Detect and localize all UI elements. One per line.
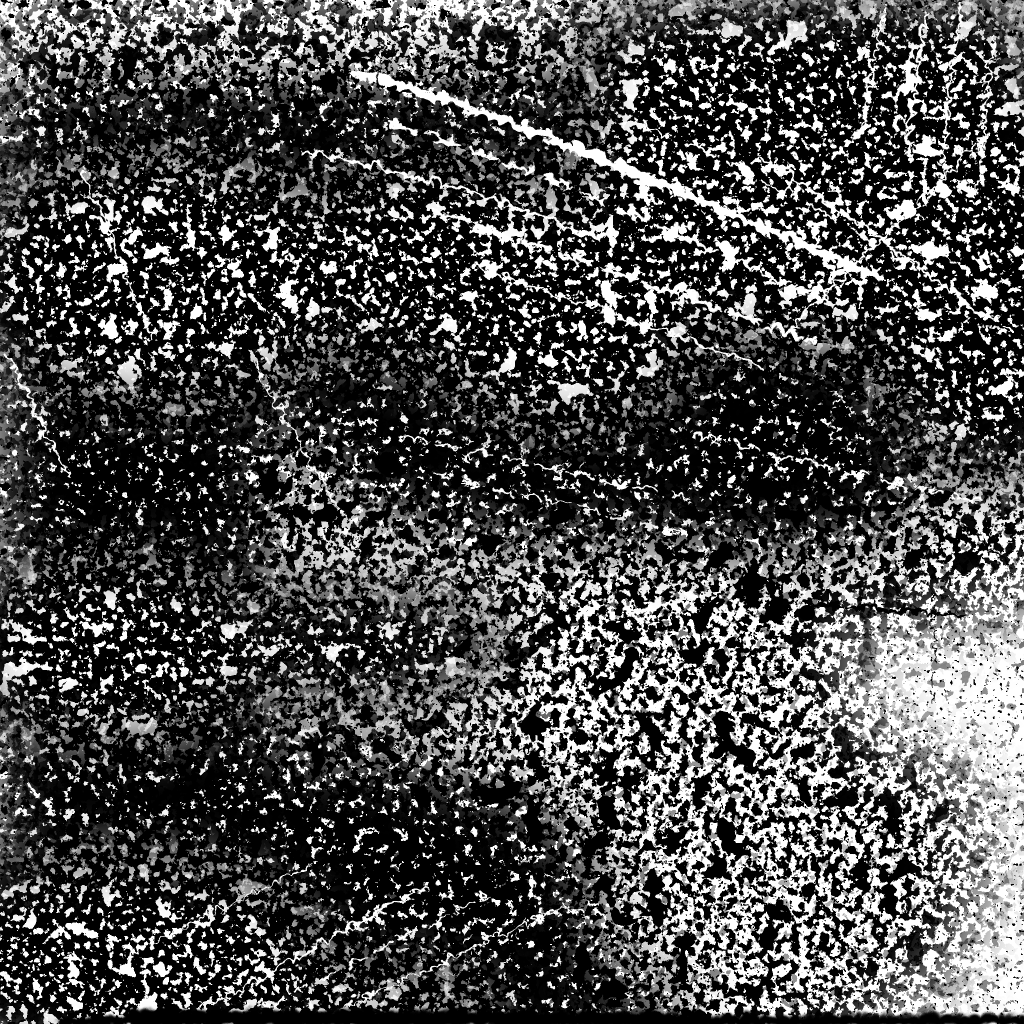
watermark-glyph: [788, 488, 801, 568]
ink-spot: [323, 73, 337, 87]
watermark-glyph: [507, 488, 520, 568]
watermark-glyph: [327, 498, 340, 568]
ink-spot: [799, 605, 815, 621]
grunge-texture-canvas: [0, 0, 1024, 1024]
ink-spot: [856, 878, 868, 890]
ink-spot: [540, 957, 550, 967]
stock-texture-image: [0, 0, 1024, 1024]
ink-spot: [135, 447, 145, 457]
watermark-glyph: [609, 498, 622, 568]
ink-spot: [595, 55, 605, 65]
ink-spot: [476, 114, 488, 126]
